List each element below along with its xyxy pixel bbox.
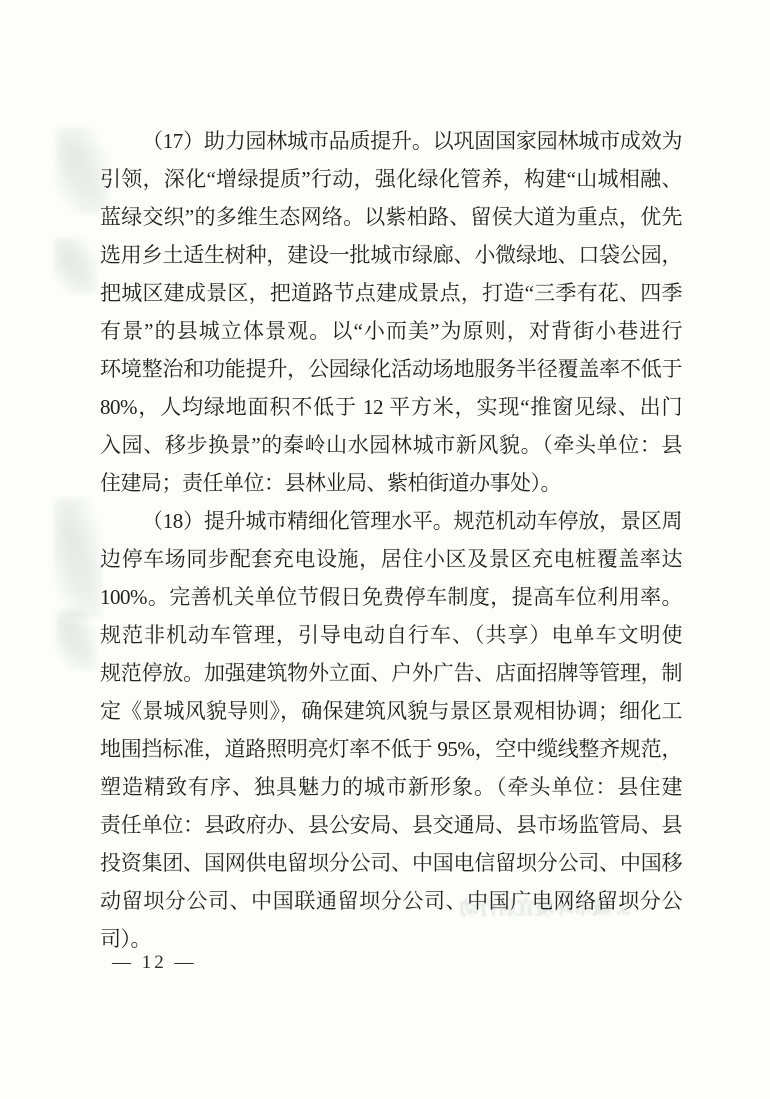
document-body: （17）助力园林城市品质提升。以巩固国家园林城市成效为 引领，深化“增绿提质”行…: [100, 122, 682, 958]
bleed-through-mark: [56, 610, 96, 670]
text-line: 把城区建成景区，把道路节点建成景点，打造“三季有花、四季: [100, 274, 682, 312]
text-line: 引领，深化“增绿提质”行动，强化绿化管养，构建“山城相融、: [100, 160, 682, 198]
text-line: 地围挡标准，道路照明亮灯率不低于 95%，空中缆线整齐规范，: [100, 730, 682, 768]
text-line: 选用乡土适生树种，建设一批城市绿廊、小微绿地、口袋公园，: [100, 236, 682, 274]
text-line: 投资集团、国网供电留坝分公司、中国电信留坝分公司、中国移: [100, 844, 682, 882]
text-line: 塑造精致有序、独具魅力的城市新形象。（牵头单位：县住建局；: [100, 768, 682, 806]
bleed-through-mark: [54, 498, 102, 618]
text-line: 80%，人均绿地面积不低于 12 平方米，实现“推窗见绿、出门: [100, 388, 682, 426]
text-line: 规范非机动车管理，引导电动自行车、（共享）电单车文明使用、: [100, 616, 682, 654]
text-line: （17）助力园林城市品质提升。以巩固国家园林城市成效为: [100, 122, 682, 160]
text-line: 100%。完善机关单位节假日免费停车制度，提高车位利用率。: [100, 578, 682, 616]
text-line: 入园、移步换景”的秦岭山水园林城市新风貌。（牵头单位：县: [100, 426, 682, 464]
text-line: 有景”的县城立体景观。以“小而美”为原则，对背街小巷进行: [100, 312, 682, 350]
text-line: 责任单位：县政府办、县公安局、县交通局、县市场监管局、县: [100, 806, 682, 844]
text-line: 住建局；责任单位：县林业局、紫柏街道办事处）。: [100, 464, 682, 502]
text-line: （18）提升城市精细化管理水平。规范机动车停放，景区周: [100, 502, 682, 540]
bleed-through-mark: [54, 238, 96, 294]
text-line: 边停车场同步配套充电设施，居住小区及景区充电桩覆盖率达: [100, 540, 682, 578]
page-number: — 12 —: [112, 952, 197, 974]
text-line: 环境整治和功能提升，公园绿化活动场地服务半径覆盖率不低于: [100, 350, 682, 388]
text-line: 定《景城风貌导则》，确保建筑风貌与景区景观相协调；细化工: [100, 692, 682, 730]
scanned-document-page: 5. 城市环境宜居行动 （17）助力园林城市品质提升。以巩固国家园林城市成效为 …: [0, 0, 770, 1099]
paragraph-17: （17）助力园林城市品质提升。以巩固国家园林城市成效为 引领，深化“增绿提质”行…: [100, 122, 682, 502]
paragraph-18: （18）提升城市精细化管理水平。规范机动车停放，景区周 边停车场同步配套充电设施…: [100, 502, 682, 958]
text-line: 蓝绿交织”的多维生态网络。以紫柏路、留侯大道为重点，优先: [100, 198, 682, 236]
text-line: 规范停放。加强建筑物外立面、户外广告、店面招牌等管理，制: [100, 654, 682, 692]
text-line: 动留坝分公司、中国联通留坝分公司、中国广电网络留坝分公: [100, 882, 682, 920]
